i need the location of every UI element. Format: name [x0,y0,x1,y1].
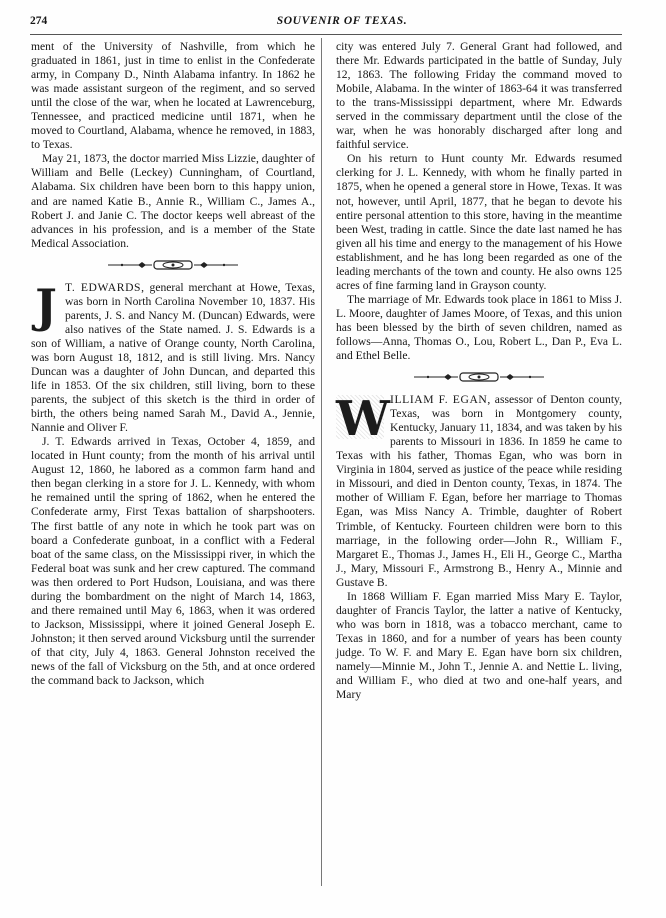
drop-cap-w-icon: W [336,395,384,439]
ornament-divider-icon [31,260,315,270]
paragraph: The marriage of Mr. Edwards took place i… [336,293,622,363]
ornament-divider-icon [336,372,622,382]
drop-cap-j-icon: J [31,283,59,327]
paragraph: J. T. Edwards arrived in Texas, October … [31,435,315,688]
edwards-lead-name: T. EDWARDS, [65,281,145,294]
egan-biography-intro: WILLIAM F. EGAN, assessor of Denton coun… [336,393,622,590]
paragraph-continued: city was entered July 7. General Grant h… [336,40,622,152]
edwards-intro-text: general merchant at Howe, Texas, was bor… [31,281,315,434]
egan-lead-name: ILLIAM F. EGAN, [390,393,491,406]
column-divider [321,38,322,886]
paragraph: On his return to Hunt county Mr. Edwards… [336,152,622,292]
paragraph-continued: ment of the University of Nashville, fro… [31,40,315,152]
header-rule [30,34,622,35]
running-title: SOUVENIR OF TEXAS. [30,13,640,29]
paragraph: In 1868 William F. Egan married Miss Mar… [336,590,622,702]
right-column: city was entered July 7. General Grant h… [336,40,622,702]
edwards-biography-intro: JT. EDWARDS, general merchant at Howe, T… [31,281,315,436]
book-page: 274 SOUVENIR OF TEXAS. ment of the Unive… [0,0,666,918]
left-column: ment of the University of Nashville, fro… [31,40,315,688]
running-head: 274 SOUVENIR OF TEXAS. [30,13,640,29]
paragraph: May 21, 1873, the doctor married Miss Li… [31,152,315,250]
